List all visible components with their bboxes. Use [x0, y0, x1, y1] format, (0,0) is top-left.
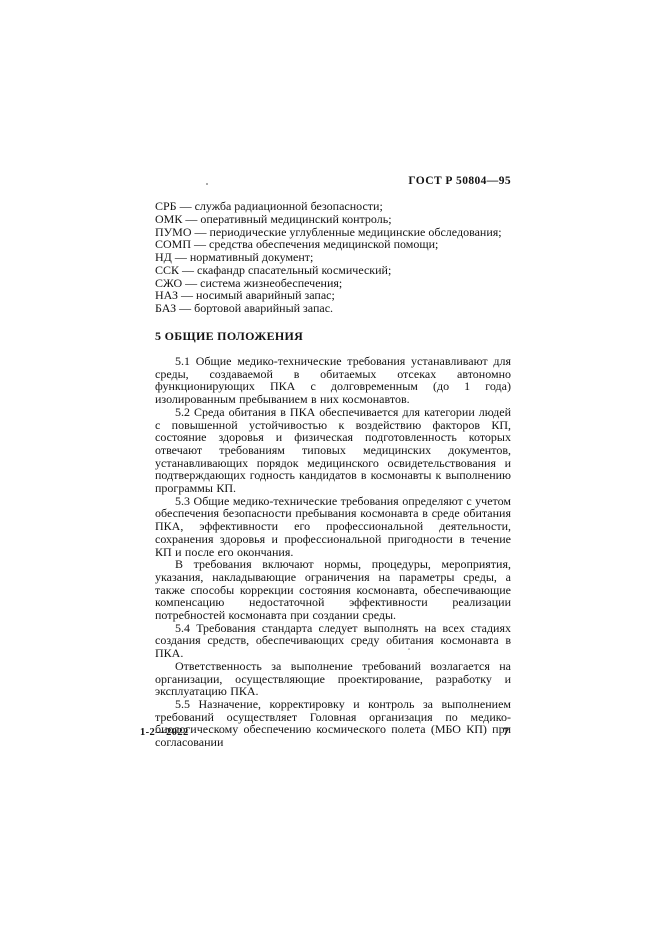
abbreviation-item: СРБ — служба радиационной безопасности; — [155, 200, 519, 213]
paragraph-5-4-continued: Ответственность за выполнение требований… — [155, 660, 511, 698]
paragraph-5-3-continued: В требования включают нормы, процедуры, … — [155, 558, 511, 622]
paragraph-5-3: 5.3 Общие медико-технические требования … — [155, 495, 511, 559]
paragraph-5-1: 5.1 Общие медико-технические требования … — [155, 355, 511, 406]
abbreviation-item: БАЗ — бортовой аварийный запас. — [155, 302, 519, 315]
abbreviation-item: НД — нормативный документ; — [155, 251, 519, 264]
abbreviation-item: ССК — скафандр спасательный космический; — [155, 264, 519, 277]
document-page: ГОСТ Р 50804—95 СРБ — служба радиационно… — [0, 0, 661, 935]
section-body: 5.1 Общие медико-технические требования … — [155, 355, 511, 749]
footer-edition-mark: 1-2—2022 — [140, 727, 189, 738]
paragraph-5-5: 5.5 Назначение, корректировку и контроль… — [155, 698, 511, 749]
scan-speck — [206, 183, 208, 185]
paragraph-5-2: 5.2 Среда обитания в ПКА обеспечивается … — [155, 406, 511, 495]
abbreviation-list: СРБ — служба радиационной безопасности; … — [155, 200, 519, 315]
paragraph-5-4: 5.4 Требования стандарта следует выполня… — [155, 622, 511, 660]
section-heading: 5 ОБЩИЕ ПОЛОЖЕНИЯ — [155, 329, 511, 344]
document-code-header: ГОСТ Р 50804—95 — [155, 175, 511, 187]
abbreviation-item: ОМК — оперативный медицинский контроль; — [155, 213, 519, 226]
page-number: 7 — [503, 724, 509, 739]
